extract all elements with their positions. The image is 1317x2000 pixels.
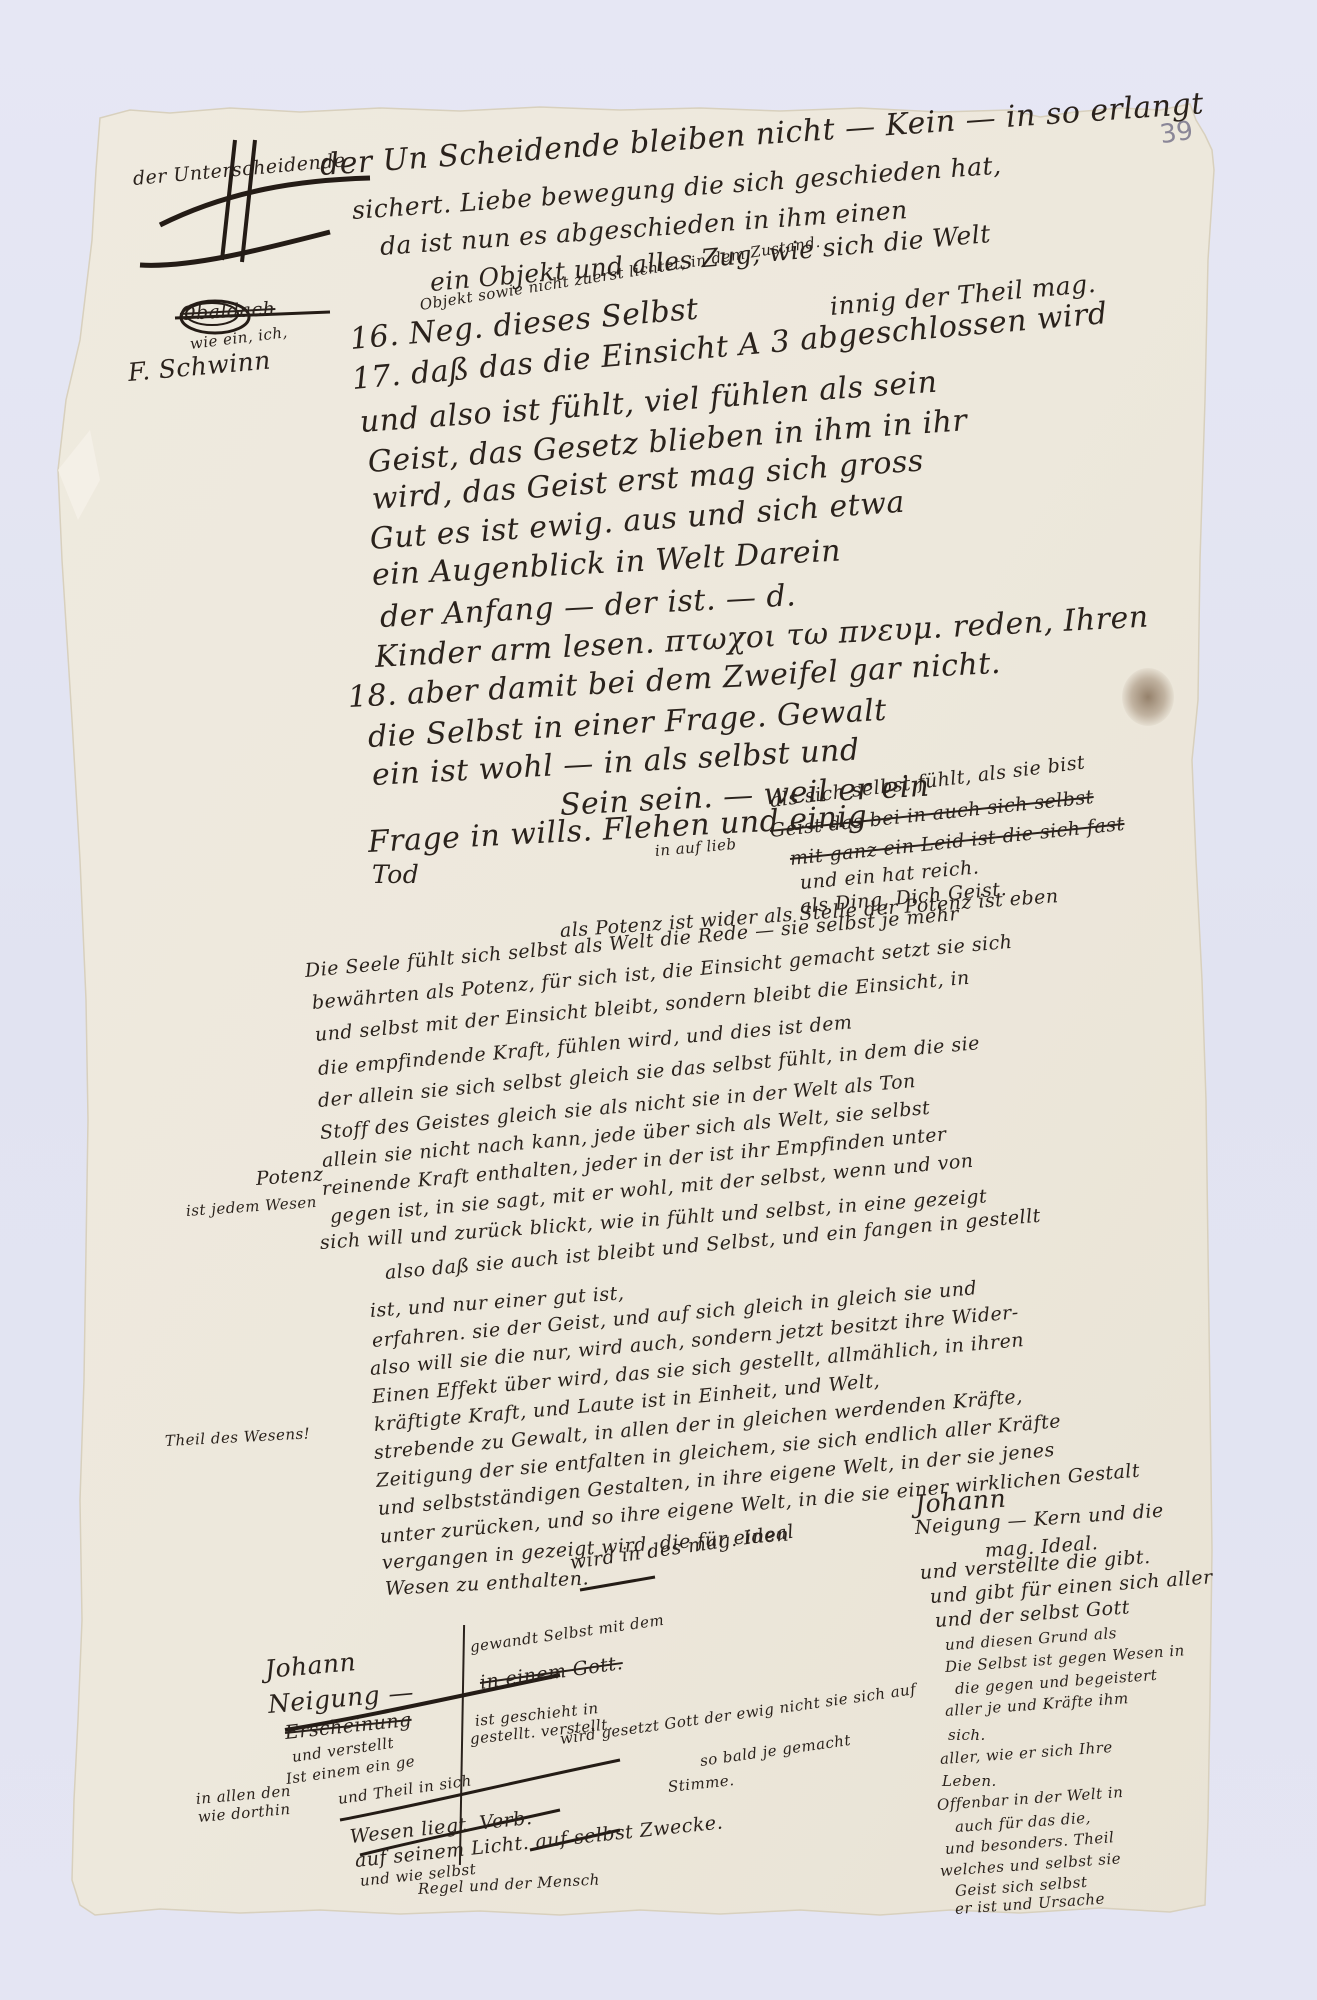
ink-stain <box>1122 668 1174 726</box>
section-line: Tod <box>372 860 419 889</box>
right-block-line: sich. <box>948 1726 986 1744</box>
right-block-line: Leben. <box>942 1772 997 1790</box>
margin-note-potenz: Potenz <box>255 1163 324 1190</box>
manuscript-paper: 39 der Unterscheidende der Un Scheidende… <box>0 0 1317 2000</box>
